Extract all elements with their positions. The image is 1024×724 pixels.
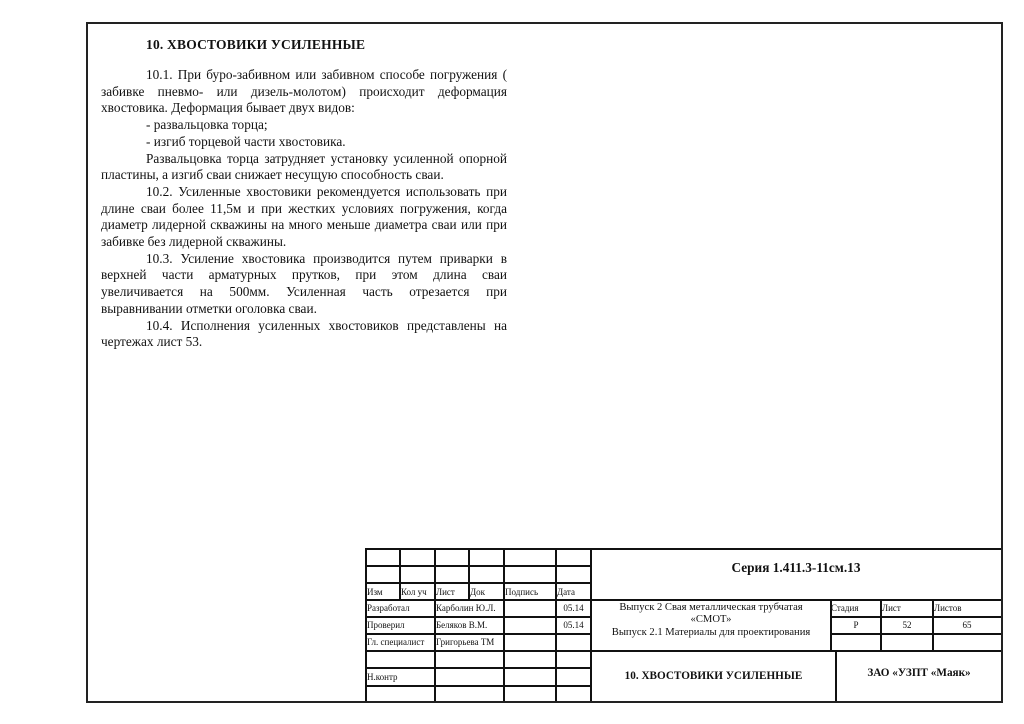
col-header-doc: Док — [470, 587, 485, 598]
name-developer: Карболин Ю.Л. — [436, 603, 496, 614]
sheets-total: 65 — [934, 620, 1000, 631]
issue-line-1: Выпуск 2 Свая металлическая трубчатая — [592, 602, 830, 614]
col-header-date: Дата — [557, 587, 575, 598]
document-body: 10. ХВОСТОВИКИ УСИЛЕННЫЕ 10.1. При буро-… — [101, 36, 507, 351]
bullet-flaring: - развальцовка торца; — [101, 117, 507, 134]
stage-value: Р — [832, 620, 880, 631]
paragraph-10-4: 10.4. Исполнения усиленных хвостовиков п… — [101, 318, 507, 351]
role-norm-control: Н.контр — [367, 672, 398, 683]
date-developer: 05.14 — [557, 603, 590, 614]
section-heading: 10. ХВОСТОВИКИ УСИЛЕННЫЕ — [101, 36, 507, 54]
col-header-qty: Кол уч — [401, 587, 427, 598]
issue-line-2: «СМОТ» — [592, 614, 830, 626]
col-header-signature: Подпись — [505, 587, 538, 598]
issue-description: Выпуск 2 Свая металлическая трубчатая «С… — [592, 602, 830, 639]
issue-line-3: Выпуск 2.1 Материалы для проектирования — [592, 627, 830, 639]
sheet-title: 10. ХВОСТОВИКИ УСИЛЕННЫЕ — [592, 670, 835, 682]
role-developer: Разработал — [367, 603, 410, 614]
col-header-sheet: Лист — [436, 587, 455, 598]
paragraph-10-1: 10.1. При буро-забивном или забивном спо… — [101, 67, 507, 117]
name-chief-specialist: Григорьева ТМ — [436, 637, 494, 648]
stage-label: Стадия — [831, 603, 858, 614]
paragraph-10-3: 10.3. Усиление хвостовика производится п… — [101, 251, 507, 318]
paragraph-consequences: Развальцовка торца затрудняет установку … — [101, 151, 507, 184]
sheet-number: 52 — [882, 620, 932, 631]
col-header-change: Изм — [367, 587, 383, 598]
bullet-bending: - изгиб торцевой части хвостовика. — [101, 134, 507, 151]
sheets-label: Листов — [934, 603, 961, 614]
date-checker: 05.14 — [557, 620, 590, 631]
sheet-label: Лист — [882, 603, 901, 614]
role-checker: Проверил — [367, 620, 405, 631]
organization-name: ЗАО «УЗПТ «Маяк» — [837, 667, 1001, 679]
role-chief-specialist: Гл. специалист — [367, 637, 424, 648]
name-checker: Беляков В.М. — [436, 620, 487, 631]
series-code: Серия 1.411.3-11см.13 — [592, 560, 1000, 576]
paragraph-10-2: 10.2. Усиленные хвостовики рекомендуется… — [101, 184, 507, 251]
